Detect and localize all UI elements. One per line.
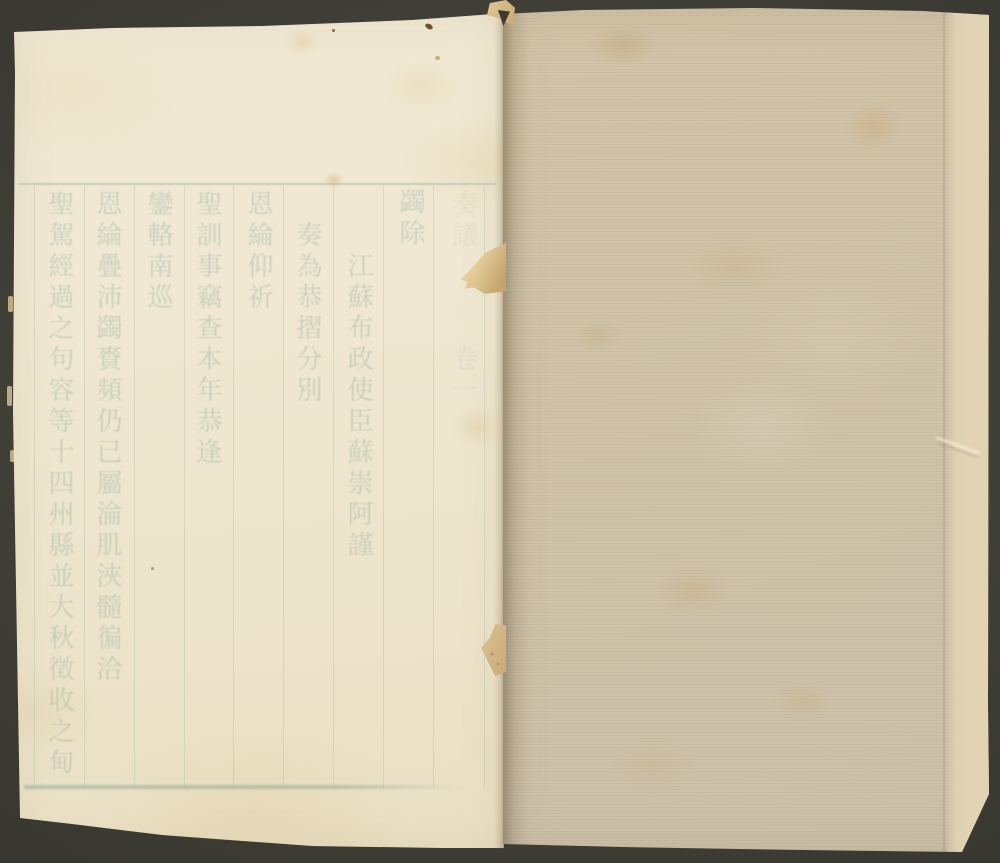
- leaf-edge-fleck: [7, 386, 12, 406]
- column-rule: [184, 185, 185, 788]
- column-rule: [134, 185, 135, 788]
- text-column-memorialist: 江蘇布政使臣蘇崇阿謹: [345, 252, 371, 858]
- leaf-edge-fleck: [8, 296, 13, 312]
- text-column-section-title: 蠲除: [397, 188, 423, 794]
- fore-edge-strip: [945, 6, 990, 854]
- text-column-en-lun-body: 恩綸疊沛蠲賚頻仍已屬淪肌浹髓徧洽: [94, 190, 120, 796]
- gutter-shadow: [494, 13, 504, 849]
- book-spread-photo: 奏議 卷一 蠲除 江蘇布政使臣蘇崇阿謹 奏為恭摺分別 恩綸仰祈 聖訓事竊查本年恭…: [0, 0, 1000, 863]
- text-column-opening: 奏為恭摺分別: [294, 221, 320, 827]
- ink-speck: [424, 22, 433, 30]
- column-rule: [283, 185, 284, 788]
- ink-speck: [151, 567, 154, 570]
- right-page: [503, 6, 990, 854]
- column-rule: [433, 185, 434, 788]
- text-column-sheng-xun: 聖訓事竊查本年恭逢: [194, 190, 220, 796]
- text-column-en-lun-petition: 恩綸仰祈: [245, 190, 271, 796]
- foxing-speck: [435, 56, 440, 60]
- gutter-shadow: [503, 6, 529, 854]
- left-page: 奏議 卷一 蠲除 江蘇布政使臣蘇崇阿謹 奏為恭摺分別 恩綸仰祈 聖訓事竊查本年恭…: [12, 12, 504, 852]
- ink-speck: [332, 29, 335, 32]
- frame-top-rule: [18, 183, 496, 185]
- column-rule: [333, 185, 334, 788]
- column-rule: [233, 185, 234, 788]
- text-column-luan-lu: 鑾輅南巡: [145, 190, 171, 796]
- laid-paper-texture: [503, 6, 990, 854]
- column-rule: [84, 185, 85, 788]
- column-rule: [34, 185, 35, 788]
- column-rule: [383, 185, 384, 788]
- text-column-sheng-jia: 聖駕經過之句容等十四州縣並大秋徵收之甸: [46, 190, 72, 796]
